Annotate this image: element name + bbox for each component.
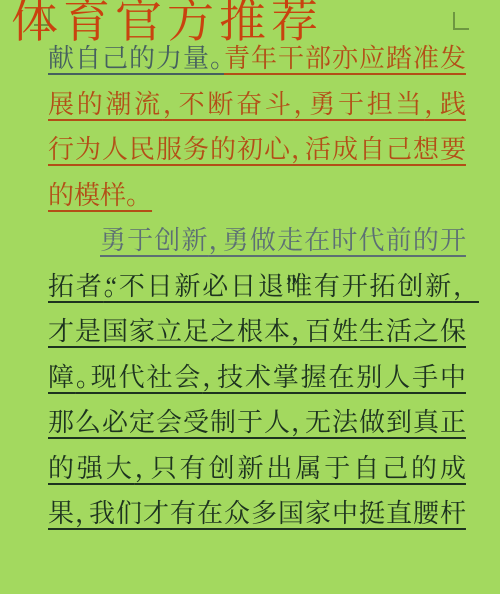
text-line: 拓者。“不日新必日退”唯有开拓创新， (48, 264, 466, 310)
text-segment: 的模样。 (48, 181, 152, 210)
text-segment: 勇于创新，勇做走在时代前的开 (100, 226, 466, 255)
text-segment: 行为人民服务的初心，活成自己想要 (48, 135, 466, 164)
text-segment: 那么必定会受制于人，无法做到真正 (48, 408, 466, 437)
text-line: 的模样。 (48, 173, 466, 219)
text-segment: 献自己的力量。 (48, 44, 224, 73)
text-boundary-mark-top-right-icon (453, 12, 469, 30)
document-body: 献自己的力量。青年干部亦应踏准发 展的潮流，不断奋斗，勇于担当，践 行为人民服务… (48, 36, 466, 537)
text-segment: 才是国家立足之根本，百姓生活之保 (48, 317, 466, 346)
text-segment: 展的潮流，不断奋斗，勇于担当，践 (48, 90, 466, 119)
text-segment: 的强大，只有创新出属于自己的成 (48, 454, 466, 483)
text-segment: 障。现代社会，技术掌握在别人手中 (48, 363, 466, 392)
text-line: 障。现代社会，技术掌握在别人手中 (48, 355, 466, 401)
document-page: 体育官方推荐 献自己的力量。青年干部亦应踏准发 展的潮流，不断奋斗，勇于担当，践… (0, 0, 500, 594)
text-line: 的强大，只有创新出属于自己的成 (48, 446, 466, 492)
text-segment: 青年干部亦应踏准发 (224, 44, 466, 73)
text-segment: 拓者。“不日新必日退”唯有开拓创新， (48, 272, 466, 301)
watermark-title: 体育官方推荐 (11, 0, 323, 48)
text-line: 那么必定会受制于人，无法做到真正 (48, 400, 466, 446)
text-line: 勇于创新，勇做走在时代前的开 (48, 218, 466, 264)
text-line: 才是国家立足之根本，百姓生活之保 (48, 309, 466, 355)
text-line: 展的潮流，不断奋斗，勇于担当，践 (48, 82, 466, 128)
text-line: 果，我们才有在众多国家中挺直腰杆 (48, 491, 466, 537)
text-line: 行为人民服务的初心，活成自己想要 (48, 127, 466, 173)
text-segment: 果，我们才有在众多国家中挺直腰杆 (48, 499, 466, 528)
